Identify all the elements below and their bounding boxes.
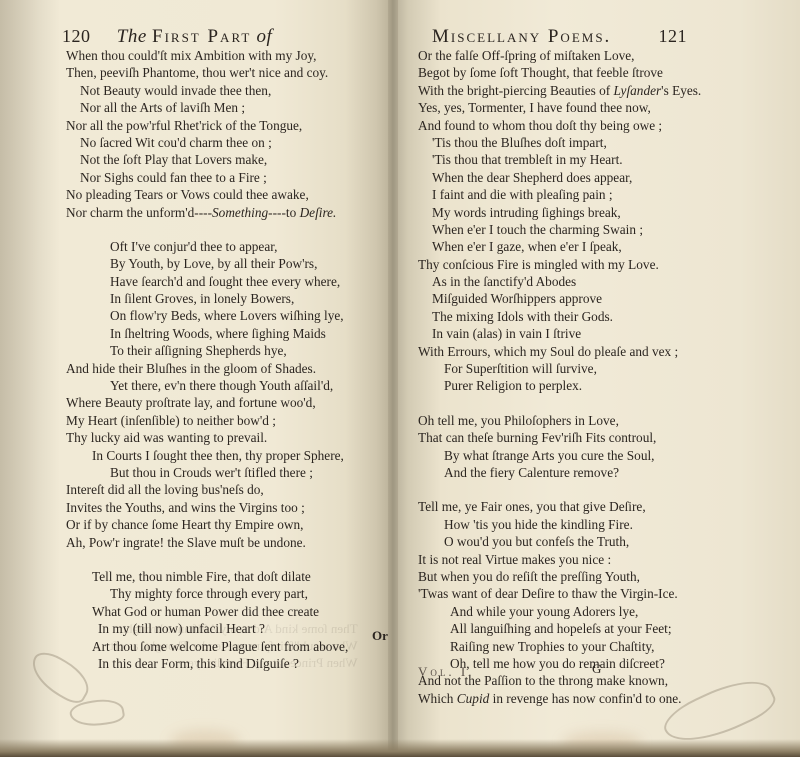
- verse-line: 'Twas want of dear Deſire to thaw the Vi…: [418, 585, 701, 602]
- stanza-break: [418, 481, 701, 498]
- verse-line: All languiſhing and hopeleſs at your Fee…: [418, 620, 701, 637]
- verse-line: And found to whom thou doſt thy being ow…: [418, 117, 701, 134]
- verse-line: My Heart (inſenſible) to neither bow'd ;: [66, 412, 348, 429]
- verse-line: Yet there, ev'n there though Youth aſſai…: [66, 377, 348, 394]
- verse-line: But when you do reſiſt the preſſing Yout…: [418, 568, 701, 585]
- catchword: Or: [372, 628, 388, 644]
- verse-line: How 'tis you hide the kindling Fire.: [418, 516, 701, 533]
- verse-line: Miſguided Worſhippers approve: [418, 290, 701, 307]
- verse-line: Tell me, ye Fair ones, you that give Deſ…: [418, 498, 701, 515]
- verse-line: As in the ſanctify'd Abodes: [418, 273, 701, 290]
- verse-line: But thou in Crouds wer't ſtifled there ;: [66, 464, 348, 481]
- verse-line: Nor Sighs could fan thee to a Fire ;: [66, 169, 348, 186]
- verse-line: I faint and die with pleaſing pain ;: [418, 186, 701, 203]
- page-bottom-edge: [0, 739, 800, 757]
- verse-line: That can theſe burning Fev'riſh Fits con…: [418, 429, 701, 446]
- verse-line: By what ſtrange Arts you cure the Soul,: [418, 447, 701, 464]
- verse-line: Invites the Youths, and wins the Virgins…: [66, 499, 348, 516]
- verse-line: Nor all the Arts of laviſh Men ;: [66, 99, 348, 116]
- signature-mark: G: [592, 661, 601, 677]
- left-page: 120 The First Part of When thou could'ſt…: [0, 0, 392, 757]
- ghost-line: When Princes at my Feet did lye.: [110, 654, 358, 671]
- verse-line: No ſacred Wit cou'd charm thee on ;: [66, 134, 348, 151]
- stanza-break: [66, 221, 348, 238]
- verse-line: Where Beauty proſtrate lay, and fortune …: [66, 394, 348, 411]
- verse-line: Or the falſe Off-ſpring of miſtaken Love…: [418, 47, 701, 64]
- verse-line: O wou'd you but confeſs the Truth,: [418, 533, 701, 550]
- verse-line: Purer Religion to perplex.: [418, 377, 701, 394]
- verse-line: For Superſtition will ſurvive,: [418, 360, 701, 377]
- verse-line: Thy conſcious Fire is mingled with my Lo…: [418, 256, 701, 273]
- verse-line: Nor charm the unform'd----Something----t…: [66, 204, 348, 221]
- verse-line: In vain (alas) in vain I ſtrive: [418, 325, 701, 342]
- stanza-break: [418, 395, 701, 412]
- page-number: 121: [659, 26, 688, 46]
- ghost-line: Who would'ſt inſpire one tender Thought,…: [110, 637, 358, 654]
- verse-line: And hide their Bluſhes in the gloom of S…: [66, 360, 348, 377]
- verse-line: In Courts I ſought thee then, thy proper…: [66, 447, 348, 464]
- verse-line: Thy lucky aid was wanting to prevail.: [66, 429, 348, 446]
- book-spread: 120 The First Part of When thou could'ſt…: [0, 0, 800, 757]
- verse-line: When e'er I touch the charming Swain ;: [418, 221, 701, 238]
- verse-line: Not Beauty would invade thee then,: [66, 82, 348, 99]
- verse-line: Not the ſoft Play that Lovers make,: [66, 151, 348, 168]
- show-through-text: Then ſome kind Aid to my Aſſiſtance brou…: [110, 620, 358, 671]
- verse-line: My words intruding ſighings break,: [418, 204, 701, 221]
- verse-line: In ſheltring Woods, where ſighing Maids: [66, 325, 348, 342]
- verse-line: Which Cupid in revenge has now confin'd …: [418, 690, 701, 707]
- verse-line: Ah, Pow'r ingrate! the Slave muſt be und…: [66, 534, 348, 551]
- verse-line: Oft I've conjur'd thee to appear,: [66, 238, 348, 255]
- verse-line: And while your young Adorers lye,: [418, 603, 701, 620]
- verse-line: And the fiery Calenture remove?: [418, 464, 701, 481]
- verse-line: Thy mighty force through every part,: [66, 585, 348, 602]
- verse-line: 'Tis thou the Bluſhes doſt impart,: [418, 134, 701, 151]
- stanza-break: [66, 551, 348, 568]
- page-edge-shadow: [0, 0, 60, 757]
- verse-line: Oh tell me, you Philoſophers in Love,: [418, 412, 701, 429]
- verse-line: Intereſt did all the loving bus'neſs do,: [66, 481, 348, 498]
- verse-line: With Errours, which my Soul do pleaſe an…: [418, 343, 701, 360]
- book-gutter: [388, 0, 398, 757]
- verse-line: Then, peeviſh Phantome, thou wer't nice …: [66, 64, 348, 81]
- volume-mark: Vol. I.: [418, 664, 474, 680]
- verse-line: What God or human Power did thee create: [66, 603, 348, 620]
- verse-line: Have ſearch'd and ſought thee every wher…: [66, 273, 348, 290]
- running-head-right: Miscellany Poems. 121: [432, 26, 687, 48]
- verse-line: It is not real Virtue makes you nice :: [418, 551, 701, 568]
- running-head-left: 120 The First Part of: [62, 26, 272, 48]
- right-page: Miscellany Poems. 121 Or the falſe Off-ſ…: [392, 0, 800, 757]
- verse-line: On flow'ry Beds, where Lovers wiſhing ly…: [66, 307, 348, 324]
- running-head-italic: The: [117, 26, 147, 47]
- verse-line: To their aſſigning Shepherds hye,: [66, 342, 348, 359]
- verse-line: By Youth, by Love, by all their Pow'rs,: [66, 255, 348, 272]
- verse-line: When thou could'ſt mix Ambition with my …: [66, 47, 348, 64]
- verse-line: When e'er I gaze, when e'er I ſpeak,: [418, 238, 701, 255]
- ghost-line: Then ſome kind Aid to my Aſſiſtance brou…: [110, 620, 358, 637]
- verse-line: No pleading Tears or Vows could thee awa…: [66, 186, 348, 203]
- running-head-caps: First Part: [152, 26, 251, 47]
- verse-line: Nor all the pow'rful Rhet'rick of the To…: [66, 117, 348, 134]
- verse-line: In ſilent Groves, in lonely Bowers,: [66, 290, 348, 307]
- verse-line: Begot by ſome ſoft Thought, that feeble …: [418, 64, 701, 81]
- poem-text-left: When thou could'ſt mix Ambition with my …: [66, 47, 348, 672]
- verse-line: 'Tis thou that trembleſt in my Heart.: [418, 151, 701, 168]
- verse-line: Tell me, thou nimble Fire, that doſt dil…: [66, 568, 348, 585]
- verse-line: Raiſing new Trophies to your Chaſtity,: [418, 638, 701, 655]
- verse-line: Yes, yes, Tormenter, I have found thee n…: [418, 99, 701, 116]
- running-head-title: Miscellany Poems.: [432, 26, 611, 47]
- verse-line: Or if by chance ſome Heart thy Empire ow…: [66, 516, 348, 533]
- verse-line: With the bright-piercing Beauties of Lyſ…: [418, 82, 701, 99]
- verse-line: The mixing Idols with their Gods.: [418, 308, 701, 325]
- page-number: 120: [62, 26, 91, 46]
- running-head-tail: of: [257, 26, 273, 47]
- verse-line: When the dear Shepherd does appear,: [418, 169, 701, 186]
- poem-text-right: Or the falſe Off-ſpring of miſtaken Love…: [418, 47, 701, 707]
